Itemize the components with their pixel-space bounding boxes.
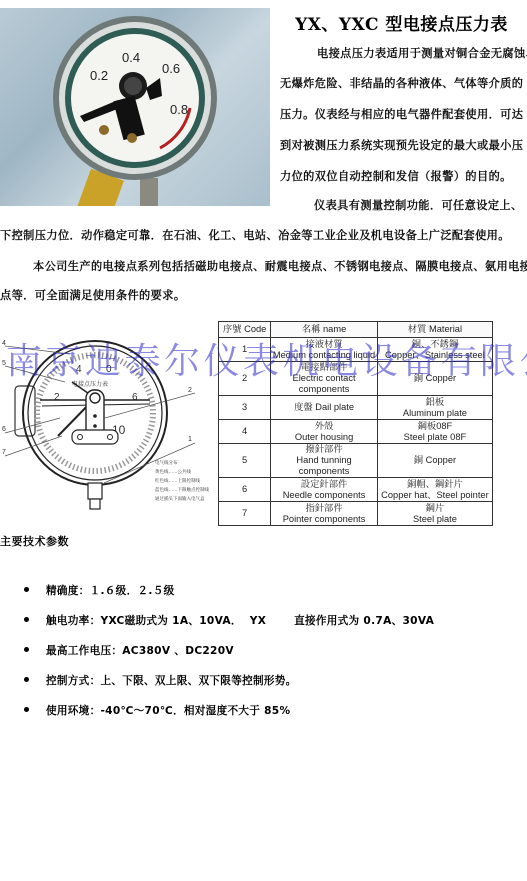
callout-label: 7	[2, 449, 6, 456]
callout-label: 6	[2, 426, 6, 433]
header-name: 名稱 name	[271, 322, 378, 338]
intro-line: 力位的双位自动控制和发信（报警）的目的。	[280, 168, 512, 184]
cell-material: 銅、不銹鋼Copper、Stainless steel	[377, 338, 492, 362]
material-cn: 鋼板08F	[378, 421, 492, 432]
table-row: 2 電接點部件Electric contact components 銅 Cop…	[219, 362, 493, 396]
dial-label: 0.8	[170, 102, 188, 117]
name-cn: 指針部件	[271, 503, 377, 514]
intro-line: 电接点压力表适用于测量对铜合金无腐蚀、	[317, 45, 527, 61]
table-row: 6 設定針部件Needle components 銅帽、鋼針片Copper ha…	[219, 478, 493, 502]
table-row: 3 度盤 Dail plate 鋁板Aluminum plate	[219, 396, 493, 420]
cell-name: 電接點部件Electric contact components	[271, 362, 378, 396]
components-table: 序號 Code 名稱 name 材質 Material 1 接液材質Medium…	[218, 321, 493, 526]
cell-name: 撥針部件Hand tunning components	[271, 444, 378, 478]
name-en: Hand tunning components	[271, 455, 377, 477]
cell-code: 5	[219, 444, 271, 478]
cell-code: 6	[219, 478, 271, 502]
page-title: YX、YXC 型电接点压力表	[276, 10, 527, 35]
cell-code: 4	[219, 420, 271, 444]
diagram-legend-line: 黄色线……公共线	[155, 468, 191, 475]
spec-text: 控制方式：上、下限、双上限、双下限等控制形势。	[46, 673, 297, 688]
dial-label: 0.6	[162, 61, 180, 76]
diagram-dial-number: 2	[54, 392, 60, 403]
callout-label: 5	[2, 360, 6, 367]
name-en: Electric contact components	[271, 373, 377, 395]
material-en: Aluminum plate	[378, 408, 492, 419]
cell-material: 銅 Copper	[377, 444, 492, 478]
name-cn: 外殼	[271, 421, 377, 432]
table-row: 7 指針部件Pointer components 鋼片Steel plate	[219, 502, 493, 526]
cell-code: 1	[219, 338, 271, 362]
cell-name: 設定針部件Needle components	[271, 478, 378, 502]
callout-label: 2	[188, 387, 192, 394]
diagram-legend-line: 蓝色线……下限触点控制线	[155, 486, 209, 493]
material-cn: 鋼片	[378, 503, 492, 514]
diagram-legend-line: 电气线分布	[155, 459, 178, 466]
specs-heading: 主要技术参数	[0, 533, 69, 549]
spec-text: 最高工作电压：AC380V 、DC220V	[46, 643, 234, 658]
bullet-icon	[24, 677, 29, 682]
cell-name: 接液材質Medium contacting liquid	[271, 338, 378, 362]
diagram-dial-number: 4	[76, 364, 82, 375]
intro-line: 本公司生产的电接点系列包括括磁助电接点、耐震电接点、不锈钢电接点、隔膜电接点、氨…	[33, 258, 527, 274]
bullet-icon	[24, 647, 29, 652]
cell-name: 度盤 Dail plate	[271, 396, 378, 420]
name-cn: 接液材質	[271, 339, 377, 350]
material-en: Copper hat、Steel pointer	[378, 490, 492, 501]
cell-material: 銅 Copper	[377, 362, 492, 396]
dial-label: 0.4	[122, 50, 140, 65]
material-en: Copper、Stainless steel	[378, 350, 492, 361]
cell-material: 鋼板08FSteel plate 08F	[377, 420, 492, 444]
bullet-icon	[24, 707, 29, 712]
intro-line: 无爆炸危险、非结晶的各种液体、气体等介质的	[280, 75, 523, 91]
material-cn: 銅帽、鋼針片	[378, 479, 492, 490]
header-code: 序號 Code	[219, 322, 271, 338]
spec-text: 精确度：１.６级．２.５级	[46, 583, 174, 598]
gauge-diagram: 4 0 2 6 10 电接点压力表 4 5 2 6 7 1 电气	[0, 318, 215, 513]
name-cn: 電接點部件	[271, 362, 377, 373]
bullet-icon	[24, 587, 29, 592]
material-cn: 銅、不銹鋼	[378, 339, 492, 350]
product-photo: 0.2 0.4 0.6 0.8	[0, 8, 270, 206]
material-en: Steel plate 08F	[378, 432, 492, 443]
header-material: 材質 Material	[377, 322, 492, 338]
intro-line: 点等．可全面满足使用条件的要求。	[0, 287, 185, 303]
intro-line: 压力。仪表经与相应的电气器件配套使用．可达	[280, 106, 523, 122]
material-cn: 鋁板	[378, 397, 492, 408]
spec-text: 使用环境：-40℃～70℃．相对湿度不大于 85%	[46, 703, 290, 718]
diagram-dial-number: 0	[106, 364, 112, 375]
dial-label: 0.2	[90, 68, 108, 83]
cell-material: 鋁板Aluminum plate	[377, 396, 492, 420]
callout-label: 1	[188, 436, 192, 443]
name-cn: 設定針部件	[271, 479, 377, 490]
callout-label: 4	[2, 340, 6, 347]
cell-material: 銅帽、鋼針片Copper hat、Steel pointer	[377, 478, 492, 502]
cell-material: 鋼片Steel plate	[377, 502, 492, 526]
spec-text: 触电功率：YXC磁助式为 1A、10VA． YX 直接作用式为 0.7A、30V…	[46, 613, 434, 628]
diagram-title: 电接点压力表	[72, 380, 108, 388]
table-header-row: 序號 Code 名稱 name 材質 Material	[219, 322, 493, 338]
diagram-legend-line: 通过插头下面输入电气盒	[155, 495, 205, 502]
diagram-legend-line: 红色线……上限控制线	[155, 477, 200, 484]
cell-code: 2	[219, 362, 271, 396]
name-en: Needle components	[271, 490, 377, 501]
name-en: Pointer components	[271, 514, 377, 525]
cell-code: 7	[219, 502, 271, 526]
intro-line: 下控制压力位．动作稳定可靠．在石油、化工、电站、冶金等工业企业及机电设备上广泛配…	[0, 227, 510, 243]
diagram-dial-number: 6	[132, 392, 138, 403]
intro-line: 仪表具有测量控制功能．可任意设定上、	[314, 197, 523, 213]
table-row: 4 外殼Outer housing 鋼板08FSteel plate 08F	[219, 420, 493, 444]
bullet-icon	[24, 617, 29, 622]
table-row: 5 撥針部件Hand tunning components 銅 Copper	[219, 444, 493, 478]
name-cn: 撥針部件	[271, 444, 377, 455]
cell-code: 3	[219, 396, 271, 420]
table-row: 1 接液材質Medium contacting liquid 銅、不銹鋼Copp…	[219, 338, 493, 362]
material-en: Steel plate	[378, 514, 492, 525]
cell-name: 指針部件Pointer components	[271, 502, 378, 526]
cell-name: 外殼Outer housing	[271, 420, 378, 444]
name-en: Medium contacting liquid	[271, 350, 377, 361]
intro-line: 到对被测压力系统实现预先设定的最大或最小压	[280, 137, 523, 153]
name-en: Outer housing	[271, 432, 377, 443]
